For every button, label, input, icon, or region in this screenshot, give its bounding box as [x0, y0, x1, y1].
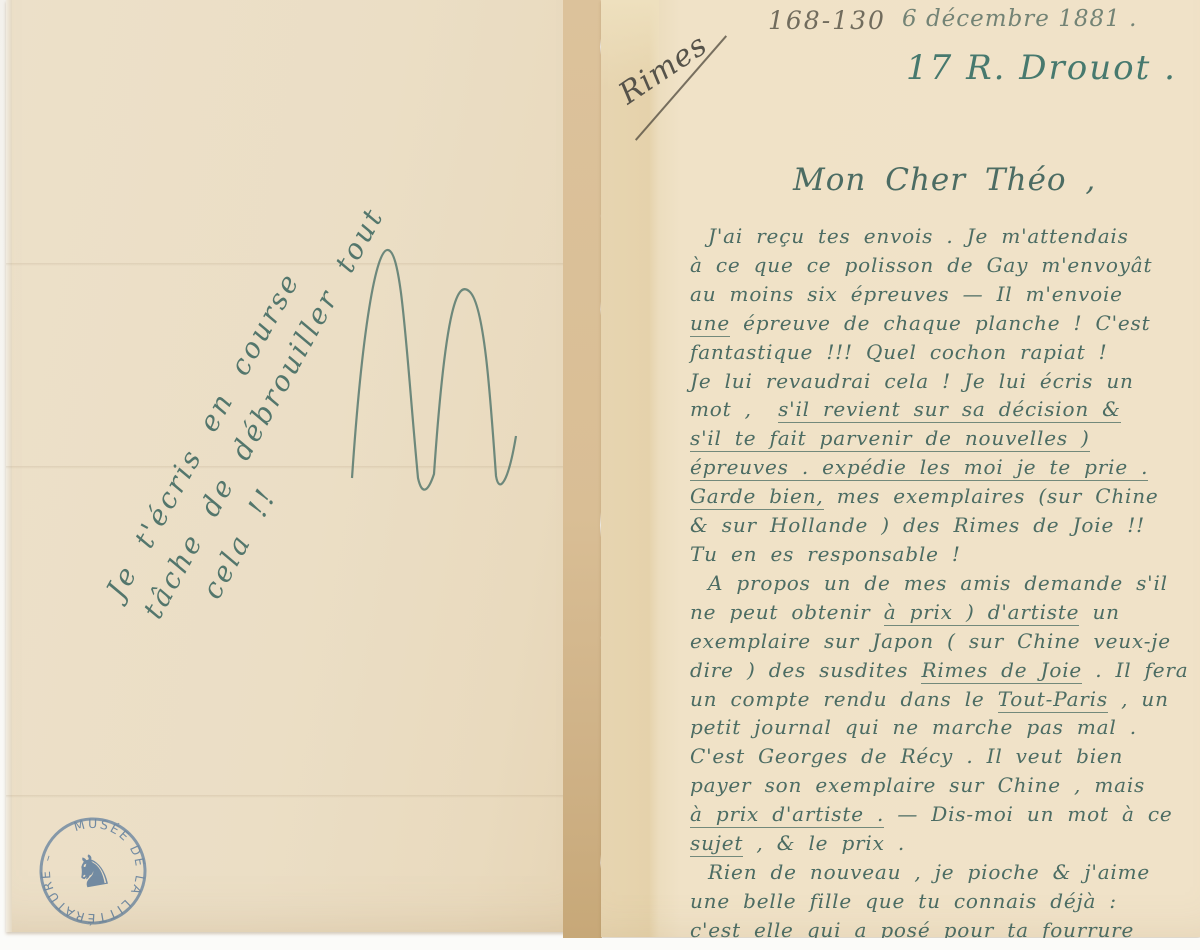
- letter-line: épreuves . expédie les moi je te prie .: [690, 453, 1198, 482]
- letter-line-segment: dire ) des susdites: [690, 658, 921, 682]
- letter-line: payer son exemplaire sur Chine , mais: [690, 771, 1198, 800]
- letter-line: petit journal qui ne marche pas mal .: [690, 713, 1198, 742]
- letter-line-segment: épreuve de chaque planche ! C'est: [730, 311, 1150, 335]
- letter-line-segment: fantastique !!! Quel cochon rapiat !: [690, 340, 1108, 364]
- fold-crease: [6, 795, 572, 798]
- letter-line-segment: Tu en es responsable !: [690, 542, 961, 566]
- letter-line: sujet , & le prix .: [690, 829, 1198, 858]
- letter-line-segment: Rien de nouveau , je pioche & j'aime: [708, 860, 1150, 884]
- letter-line: à prix d'artiste . — Dis-moi un mot à ce: [690, 800, 1198, 829]
- letter-line-segment: Je lui revaudrai cela ! Je lui écris un: [690, 369, 1134, 393]
- letter-line-segment: à ce que ce polisson de Gay m'envoyât: [690, 253, 1152, 277]
- letter-line: un compte rendu dans le Tout-Paris , un: [690, 685, 1198, 714]
- letter-line: s'il te fait parvenir de nouvelles ): [690, 424, 1198, 453]
- letter-line: à ce que ce polisson de Gay m'envoyât: [690, 251, 1198, 280]
- letter-line: Je lui revaudrai cela ! Je lui écris un: [690, 367, 1198, 396]
- letter-line-segment: à prix ) d'artiste: [884, 600, 1080, 626]
- letter-line: une épreuve de chaque planche ! C'est: [690, 309, 1198, 338]
- scanner-background: [0, 938, 1200, 950]
- inventory-number: 168-130: [768, 6, 886, 35]
- letter-line-segment: sujet: [690, 831, 743, 857]
- ink-flourish: [346, 240, 546, 495]
- letter-line: Tu en es responsable !: [690, 540, 1198, 569]
- letter-line-segment: petit journal qui ne marche pas mal .: [690, 715, 1137, 739]
- letter-line-segment: — Dis-moi un mot à ce: [884, 802, 1172, 826]
- letter-line: Garde bien, mes exemplaires (sur Chine: [690, 482, 1198, 511]
- letter-line-segment: épreuves . expédie les moi je te prie .: [690, 455, 1148, 481]
- letter-line: une belle fille que tu connais déjà :: [690, 887, 1198, 916]
- letter-line-segment: , un: [1108, 687, 1169, 711]
- letter-line-segment: mot ,: [690, 397, 778, 421]
- letter-line: ne peut obtenir à prix ) d'artiste un: [690, 598, 1198, 627]
- letter-line-segment: un compte rendu dans le: [690, 687, 998, 711]
- letter-line-segment: Rimes de Joie: [921, 658, 1082, 684]
- letter-line: exemplaire sur Japon ( sur Chine veux-je: [690, 627, 1198, 656]
- letter-line: dire ) des susdites Rimes de Joie . Il f…: [690, 656, 1198, 685]
- letter-line-segment: C'est Georges de Récy . Il veut bien: [690, 744, 1123, 768]
- letter-line-segment: à prix d'artiste .: [690, 802, 884, 828]
- letter-line-segment: . Il fera: [1082, 658, 1188, 682]
- letter-line-segment: Tout-Paris: [998, 687, 1108, 713]
- pegasus-icon: ♞: [69, 843, 117, 900]
- letter-line-segment: au moins six épreuves — Il m'envoie: [690, 282, 1123, 306]
- letter-line: J'ai reçu tes envois . Je m'attendais: [690, 222, 1198, 251]
- letter-line: fantastique !!! Quel cochon rapiat !: [690, 338, 1198, 367]
- letter-address: 17 R. Drouot .: [906, 48, 1177, 88]
- letter-line-segment: s'il revient sur sa décision &: [778, 397, 1121, 423]
- letter-line-segment: & sur Hollande ) des Rimes de Joie !!: [690, 513, 1145, 537]
- letter-line-segment: mes exemplaires (sur Chine: [824, 484, 1159, 508]
- letter-line-segment: , & le prix .: [743, 831, 905, 855]
- letter-line-segment: Garde bien,: [690, 484, 824, 510]
- letter-line-segment: ne peut obtenir: [690, 600, 884, 624]
- letter-line: mot , s'il revient sur sa décision &: [690, 395, 1198, 424]
- letter-line: & sur Hollande ) des Rimes de Joie !!: [690, 511, 1198, 540]
- letter-date: 6 décembre 1881 .: [902, 6, 1137, 32]
- letter-line-segment: une: [690, 311, 730, 337]
- letter-line: C'est Georges de Récy . Il veut bien: [690, 742, 1198, 771]
- letter-line-segment: une belle fille que tu connais déjà :: [690, 889, 1117, 913]
- letter-line-segment: J'ai reçu tes envois . Je m'attendais: [708, 224, 1129, 248]
- letter-line: Rien de nouveau , je pioche & j'aime: [690, 858, 1198, 887]
- letter-line-segment: s'il te fait parvenir de nouvelles ): [690, 426, 1090, 452]
- letter-line: au moins six épreuves — Il m'envoie: [690, 280, 1198, 309]
- letter-lines: J'ai reçu tes envois . Je m'attendaisà c…: [690, 222, 1198, 945]
- letter-scan: Je t'écris en coursetâche de débrouiller…: [0, 0, 1200, 950]
- letter-line: A propos un de mes amis demande s'il: [690, 569, 1198, 598]
- letter-line-segment: payer son exemplaire sur Chine , mais: [690, 773, 1145, 797]
- letter-line-segment: A propos un de mes amis demande s'il: [708, 571, 1168, 595]
- letter-line-segment: exemplaire sur Japon ( sur Chine veux-je: [690, 629, 1171, 653]
- letter-line-segment: un: [1079, 600, 1120, 624]
- letter-salutation: Mon Cher Théo ,: [793, 162, 1096, 198]
